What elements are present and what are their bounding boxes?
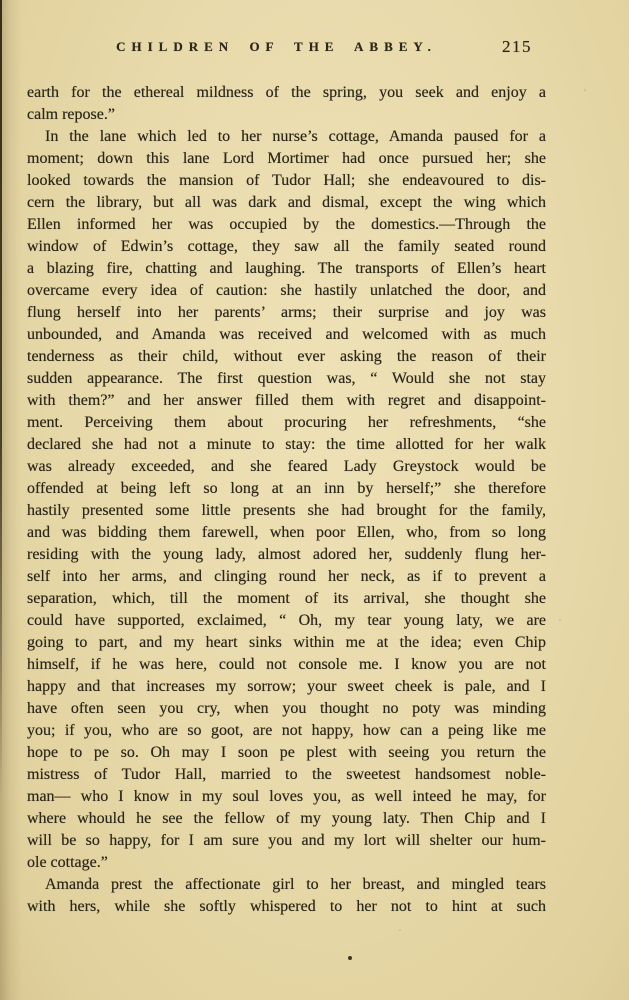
text-line: ment. Perceiving them about procuring he… [27,412,546,434]
text-line: earth for the ethereal mildness of the s… [27,82,546,104]
text-line: a blazing fire, chatting and laughing. T… [27,258,546,280]
text-line: himself, if he was here, could not conso… [27,654,546,676]
text-line: with hers, while she softly whispered to… [27,896,546,918]
text-line: Ellen informed her was occupied by the d… [27,214,546,236]
text-line: flung herself into her parents’ arms; th… [27,302,546,324]
body-text: earth for the ethereal mildness of the s… [27,82,546,918]
text-line: have often seen you cry, when you though… [27,698,546,720]
page-header: CHILDREN OF THE ABBEY. 215 [27,39,546,59]
running-title: CHILDREN OF THE ABBEY. [17,39,536,55]
text-line: ole cottage.” [27,852,546,874]
paragraph: In the lane which led to her nurse’s cot… [27,126,546,874]
text-line: sudden appearance. The first question wa… [27,368,546,390]
text-line: mistress of Tudor Hall, married to the s… [27,764,546,786]
text-line: moment; down this lane Lord Mortimer had… [27,148,546,170]
text-line: separation, which, till the moment of it… [27,588,546,610]
text-line: tenderness as their child, without ever … [27,346,546,368]
scan-edge-line [0,0,2,800]
text-line: where whould he see the fellow of my you… [27,808,546,830]
ink-dot-artifact [348,956,352,960]
text-line: residing with the young lady, almost ado… [27,544,546,566]
page-number: 215 [502,37,532,57]
text-line: cern the library, but all was dark and d… [27,192,546,214]
text-line: self into her arms, and clinging round h… [27,566,546,588]
paragraph: Amanda prest the affectionate girl to he… [27,874,546,918]
text-line: calm repose.” [27,104,546,126]
text-line: and was bidding them farewell, when poor… [27,522,546,544]
text-line: looked towards the mansion of Tudor Hall… [27,170,546,192]
text-line: you; if you, who are so goot, are not ha… [27,720,546,742]
text-line: happy and that increases my sorrow; your… [27,676,546,698]
text-line: hastily presented some little presents s… [27,500,546,522]
text-line: was already exceeded, and she feared Lad… [27,456,546,478]
text-line: could have supported, exclaimed, “ Oh, m… [27,610,546,632]
paragraph: earth for the ethereal mildness of the s… [27,82,546,126]
binding-shadow [0,0,22,1000]
text-line: overcame every idea of caution: she hast… [27,280,546,302]
text-line: offended at being left so long at an inn… [27,478,546,500]
text-line: In the lane which led to her nurse’s cot… [27,126,546,148]
text-line: going to part, and my heart sinks within… [27,632,546,654]
text-line: man— who I know in my soul loves you, as… [27,786,546,808]
text-line: with them?” and her answer filled them w… [27,390,546,412]
text-line: will be so happy, for I am sure you and … [27,830,546,852]
text-line: unbounded, and Amanda was received and w… [27,324,546,346]
text-line: window of Edwin’s cottage, they saw all … [27,236,546,258]
text-line: Amanda prest the affectionate girl to he… [27,874,546,896]
text-line: declared she had not a minute to stay: t… [27,434,546,456]
book-page-scan: CHILDREN OF THE ABBEY. 215 earth for the… [0,0,629,1000]
text-line: hope to pe so. Oh may I soon pe plest wi… [27,742,546,764]
